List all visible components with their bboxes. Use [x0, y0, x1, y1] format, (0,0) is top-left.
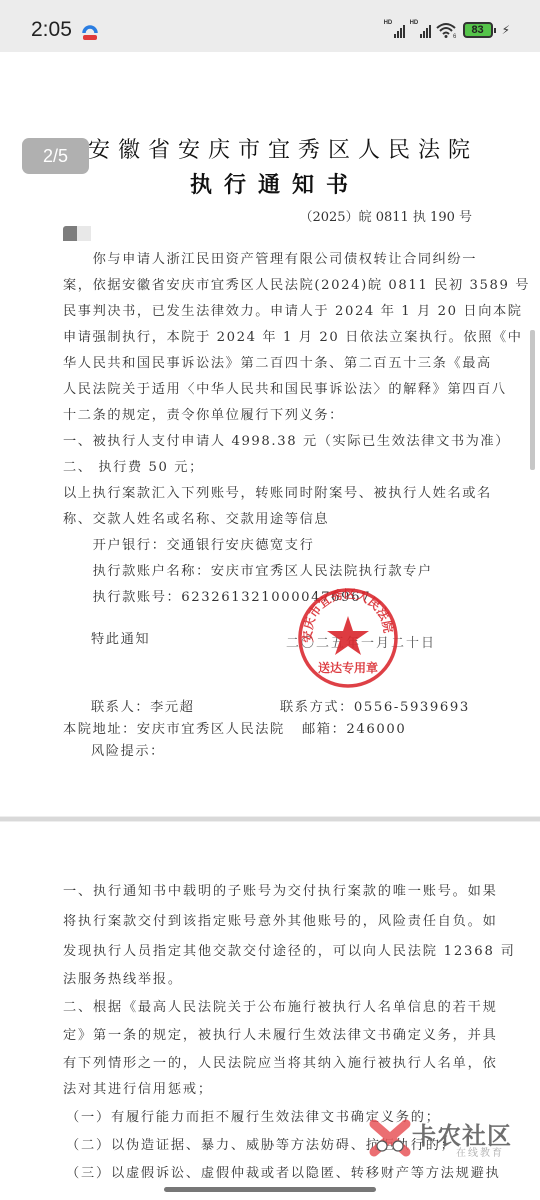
wifi-icon: 6 [436, 22, 458, 38]
bank-name: 开户银行：交通银行安庆德宽支行 [63, 534, 314, 553]
page-indicator: 2/5 [22, 138, 89, 174]
status-bar: 2:05 HD HD 6 83 ⚡ [0, 0, 540, 52]
signal-icon-sim2: HD [410, 22, 431, 38]
risk-label: 风险提示： [91, 740, 165, 759]
account-name: 执行款账户名称：安庆市宜秀区人民法院执行款专户 [63, 560, 433, 579]
risk-item: 将执行案款交付到该指定账号意外其他账号的，风险责任自负。如 [63, 910, 498, 929]
body-line: 案，依据安徽省安庆市宜秀区人民法院(2024)皖 0811 民初 3589 号 [63, 274, 530, 293]
body-line: 人民法院关于适用〈中华人民共和国民事诉讼法〉的解释》第四百八 [63, 378, 507, 397]
body-line: 华人民共和国民事诉讼法》第二百四十条、第二百五十三条《最高 [63, 352, 492, 371]
svg-text:送达专用章: 送达专用章 [318, 660, 378, 675]
obligation-fee: 二、 执行费 50 元； [63, 456, 204, 475]
redacted-name-block [63, 226, 91, 241]
clock: 2:05 [31, 18, 72, 42]
charging-icon: ⚡ [502, 23, 510, 37]
body-line: 十二条的规定，责令你单位履行下列义务： [63, 404, 344, 423]
risk-item: 法服务热线举报。 [63, 968, 183, 987]
body-line: 民事判决书，已发生法律效力。申请人于 2024 年 1 月 20 日向本院 [63, 300, 523, 319]
body-line: 申请强制执行，本院于 2024 年 1 月 20 日依法立案执行。依照《中 [63, 326, 523, 345]
court-name: 安徽省安庆市宜秀区人民法院 [88, 133, 468, 164]
contact-person: 联系人：李元超 [91, 696, 195, 715]
app-notification-icon [80, 20, 100, 42]
court-seal-stamp: 安庆市宜秀区人民法院 送达专用章 [296, 586, 400, 690]
case-number: （2025）皖 0811 执 190 号 [299, 206, 472, 225]
closing-text: 特此通知 [91, 628, 150, 647]
risk-item: 法对其进行信用惩戒； [63, 1078, 213, 1097]
risk-item: 发现执行人员指定其他交款交付途径的，可以向人民法院 12368 司 [63, 940, 516, 959]
body-line: 以上执行案款汇入下列账号，转账同时附案号、被执行人姓名或名 [63, 482, 492, 501]
obligation-payment: 一、被执行人支付申请人 4998.38 元（实际已生效法律文书为准） [63, 430, 510, 449]
court-address: 本院地址：安庆市宜秀区人民法院 [63, 718, 285, 737]
risk-item: 有下列情形之一的，人民法院应当将其纳入施行被执行人名单，依 [63, 1052, 498, 1071]
body-line: 称、交款人姓名或名称、交款用途等信息 [63, 508, 329, 527]
scrollbar-thumb[interactable] [530, 330, 535, 470]
status-icons: HD HD 6 83 ⚡ [384, 22, 510, 38]
watermark: 卡农社区 在线教育 [360, 1112, 540, 1166]
watermark-logo-icon [368, 1116, 412, 1160]
svg-text:6: 6 [453, 34, 457, 38]
home-indicator-bar[interactable] [164, 1187, 376, 1192]
body-line: 你与申请人浙江民田资产管理有限公司债权转让合同纠纷一 [63, 248, 477, 267]
signal-icon-sim1: HD [384, 22, 405, 38]
contact-phone: 联系方式：0556-5939693 [280, 696, 470, 715]
risk-item: 定》第一条的规定，被执行人未履行生效法律文书确定义务，并具 [63, 1024, 498, 1043]
postcode: 邮箱：246000 [302, 718, 406, 737]
risk-item: 一、执行通知书中载明的子账号为交付执行案款的唯一账号。如果 [63, 880, 498, 899]
risk-item: 二、根据《最高人民法院关于公布施行被执行人名单信息的若干规 [63, 996, 498, 1015]
battery-icon: 83 [463, 22, 493, 38]
